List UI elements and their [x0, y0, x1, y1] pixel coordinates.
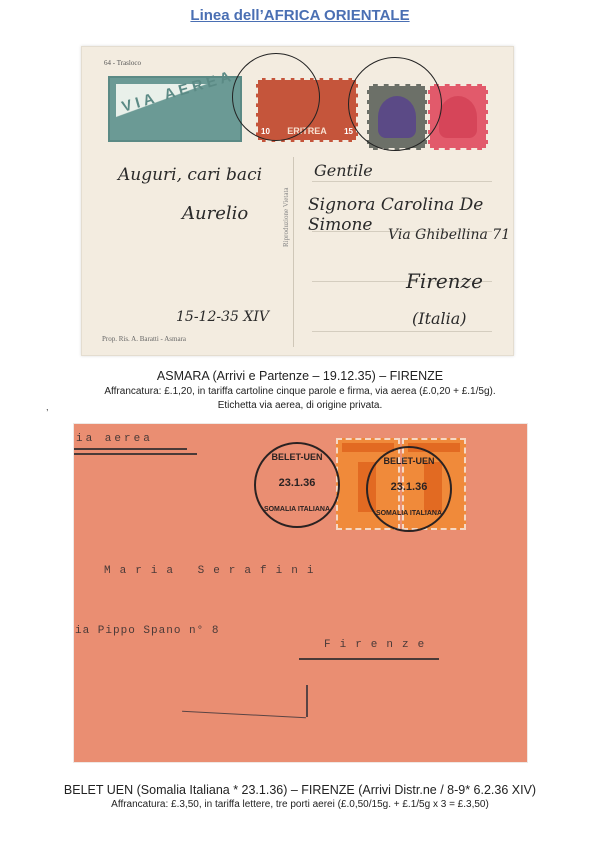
publisher-text: Prop. Ris. A. Baratti - Asmara: [102, 335, 186, 343]
page-title: Linea dell’AFRICA ORIENTALE: [0, 7, 600, 24]
airmail-underline: [74, 448, 187, 450]
reproduction-notice: Riproduzione Vietata: [282, 187, 290, 247]
asmara-postmark-2: [348, 57, 442, 151]
address-line-5: (Italia): [412, 309, 467, 328]
signature-handwriting: Aurelio: [182, 203, 248, 224]
arrival-handstamp: [182, 711, 306, 718]
asmara-postmark: [232, 53, 320, 141]
address-line-1: Gentile: [314, 161, 373, 180]
king-portrait-icon: [439, 96, 477, 138]
recipient-name: Maria Serafini: [104, 565, 322, 577]
address-line-4: Firenze: [406, 269, 483, 293]
envelope-image: ia aerea BELET-UEN 23.1.36 SOMALIA ITALI…: [73, 423, 528, 763]
postcard-image: 64 - Trasloco VIA AEREA 10 ERITREA 15 Au…: [81, 46, 514, 356]
belet-uen-postmark-1: BELET-UEN 23.1.36 SOMALIA ITALIANA: [254, 442, 340, 528]
series-label: 64 - Trasloco: [104, 59, 141, 67]
stamp-header: [342, 443, 394, 452]
greeting-handwriting: Auguri, cari baci: [118, 165, 262, 185]
stray-mark: ,: [46, 402, 49, 412]
address-line-3: Via Ghibellina 71: [388, 227, 510, 243]
postcard-divider: [293, 157, 294, 347]
date-handwriting: 15-12-35 XIV: [176, 309, 269, 325]
airmail-typed: ia aerea: [76, 433, 153, 445]
airmail-label: VIA AEREA: [108, 76, 242, 142]
address-line: [312, 331, 492, 332]
caption2-line1: Affrancatura: £.3,50, in tariffa lettere…: [0, 799, 600, 810]
recipient-city: Firenze: [324, 639, 433, 651]
belet-uen-postmark-2: BELET-UEN 23.1.36 SOMALIA ITALIANA: [366, 446, 452, 532]
airmail-underline: [74, 453, 197, 455]
recipient-street: ia Pippo Spano n° 8: [75, 625, 219, 637]
caption1-line1: Affrancatura: £.1,20, in tariffa cartoli…: [0, 386, 600, 397]
arrival-handstamp-bar: [306, 685, 308, 717]
city-underline: [299, 658, 439, 660]
caption2-title: BELET UEN (Somalia Italiana * 23.1.36) –…: [0, 783, 600, 797]
caption1-line2: Etichetta via aerea, di origine privata.: [0, 400, 600, 411]
address-line: [312, 181, 492, 182]
caption1-title: ASMARA (Arrivi e Partenze – 19.12.35) – …: [0, 369, 600, 383]
